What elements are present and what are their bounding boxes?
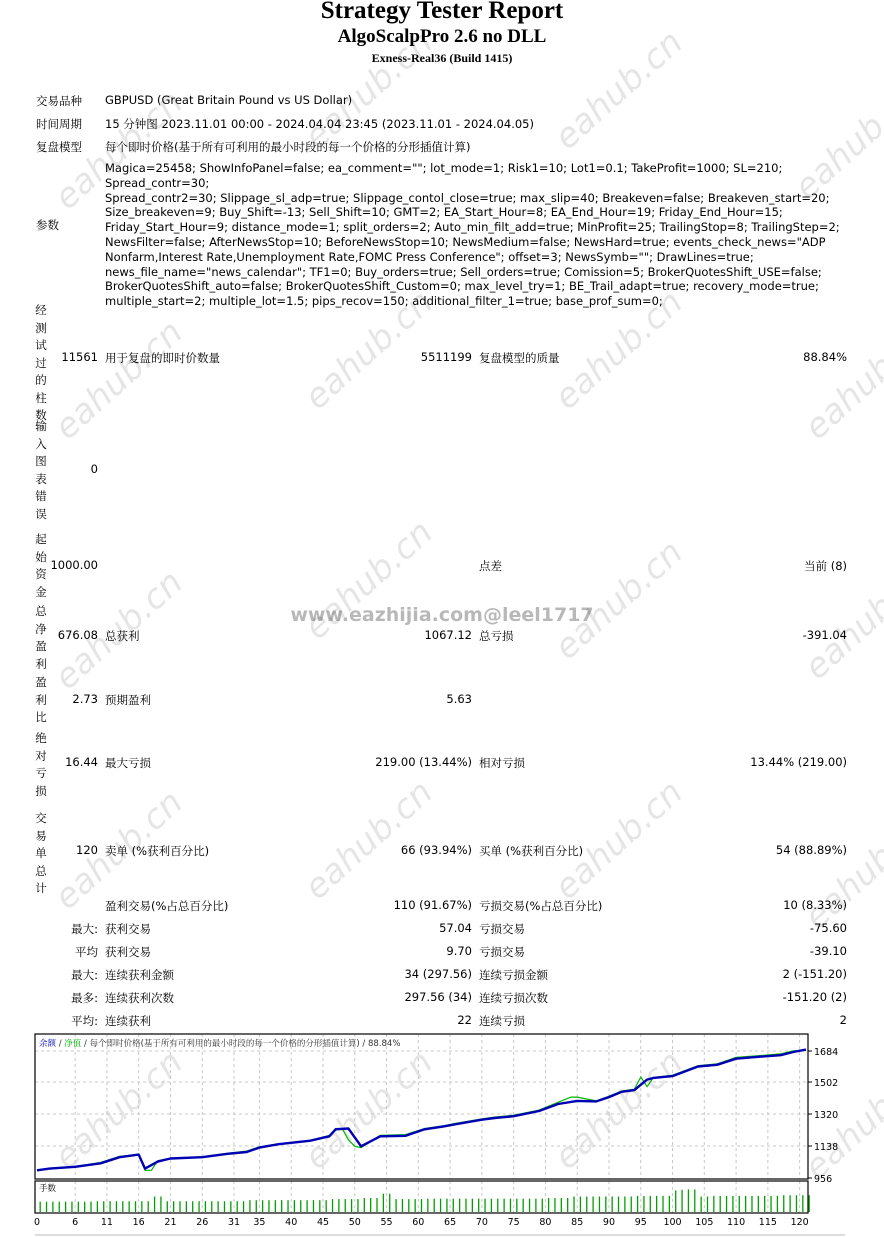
- spread-label: 点差: [479, 558, 502, 574]
- svg-text:16: 16: [133, 1217, 145, 1228]
- trade-row-label-2: 连续亏损次数: [479, 990, 548, 1006]
- svg-text:90: 90: [603, 1217, 615, 1228]
- svg-text:31: 31: [228, 1217, 240, 1228]
- trade-row-value-2: -151.20 (2): [700, 990, 847, 1004]
- svg-text:1502: 1502: [814, 1078, 838, 1089]
- svg-text:45: 45: [317, 1217, 329, 1228]
- svg-text:105: 105: [695, 1217, 713, 1228]
- svg-text:120: 120: [791, 1217, 809, 1228]
- quality-value: 88.84%: [700, 350, 847, 364]
- watermark: eahub.cn: [547, 532, 691, 667]
- max-drawdown-label: 最大亏损: [105, 755, 151, 771]
- trade-row-label-2: 亏损交易: [479, 921, 525, 937]
- report-title: Strategy Tester Report: [0, 0, 884, 25]
- svg-text:40: 40: [285, 1217, 297, 1228]
- gross-loss-label: 总亏损: [479, 628, 514, 644]
- watermark-banner: www.eazhijia.com@leel1717: [0, 604, 884, 626]
- svg-text:1138: 1138: [814, 1142, 838, 1153]
- svg-text:85: 85: [571, 1217, 583, 1228]
- watermark: eahub.cn: [797, 312, 884, 447]
- ticks-label: 用于复盘的即时价数量: [105, 350, 220, 366]
- svg-text:6: 6: [72, 1217, 78, 1228]
- trade-row-label-1: 获利交易: [105, 921, 151, 937]
- trade-row-value-1: 34 (297.56): [330, 967, 472, 981]
- profit-factor-value: 2.73: [40, 692, 98, 706]
- trade-row-value-2: -75.60: [700, 921, 847, 935]
- svg-text:1684: 1684: [814, 1047, 838, 1058]
- model-value: 每个即时价格(基于所有可利用的最小时段的每一个价格的分形插值计算): [105, 139, 470, 155]
- quality-label: 复盘模型的质量: [479, 350, 560, 366]
- trade-row-label-1: 盈利交易(%占总百分比): [105, 898, 228, 914]
- svg-text:65: 65: [444, 1217, 456, 1228]
- svg-text:110: 110: [727, 1217, 745, 1228]
- svg-text:115: 115: [759, 1217, 777, 1228]
- long-trades-label: 买单 (%获利百分比): [479, 843, 583, 859]
- svg-text:95: 95: [635, 1217, 647, 1228]
- model-label: 复盘模型: [36, 139, 82, 155]
- expected-payoff-value: 5.63: [380, 692, 472, 706]
- period-value: 15 分钟图 2023.11.01 00:00 - 2024.04.04 23:…: [105, 116, 534, 132]
- trade-row-label-1: 连续获利金额: [105, 967, 174, 983]
- trade-row-label-2: 亏损交易: [479, 944, 525, 960]
- parameters-label: 参数: [36, 217, 59, 233]
- equity-chart: 余额 / 净值 / 每个即时价格(基于所有可利用的最小时段的每一个价格的分形插值…: [0, 1028, 884, 1237]
- trade-row-label-2: 连续亏损: [479, 1013, 525, 1029]
- trade-row-value-2: 2 (-151.20): [700, 967, 847, 981]
- svg-text:100: 100: [663, 1217, 681, 1228]
- svg-text:35: 35: [253, 1217, 265, 1228]
- total-trades-value: 120: [40, 843, 98, 857]
- max-drawdown-value: 219.00 (13.44%): [330, 755, 472, 769]
- svg-text:80: 80: [539, 1217, 551, 1228]
- trade-row-value-1: 110 (91.67%): [330, 898, 472, 912]
- expected-payoff-label: 预期盈利: [105, 692, 151, 708]
- rel-drawdown-value: 13.44% (219.00): [700, 755, 847, 769]
- watermark: eahub.cn: [297, 772, 441, 907]
- trade-row-value-2: -39.10: [700, 944, 847, 958]
- ea-name: AlgoScalpPro 2.6 no DLL: [0, 26, 884, 48]
- trade-row-value-1: 297.56 (34): [330, 990, 472, 1004]
- svg-text:1320: 1320: [814, 1110, 838, 1121]
- trade-row-value-2: 2: [700, 1013, 847, 1027]
- trade-row-value-2: 10 (8.33%): [700, 898, 847, 912]
- short-trades-value: 66 (93.94%): [330, 843, 472, 857]
- svg-text:55: 55: [380, 1217, 392, 1228]
- svg-text:50: 50: [349, 1217, 361, 1228]
- svg-text:手数: 手数: [39, 1183, 57, 1194]
- rel-drawdown-label: 相对亏损: [479, 755, 525, 771]
- svg-text:60: 60: [412, 1217, 424, 1228]
- trade-row-label-2: 连续亏损金额: [479, 967, 548, 983]
- watermark: eahub.cn: [47, 312, 191, 447]
- trade-row-label-1: 连续获利: [105, 1013, 151, 1029]
- long-trades-value: 54 (88.89%): [700, 843, 847, 857]
- svg-text:21: 21: [164, 1217, 176, 1228]
- ticks-value: 5511199: [380, 350, 472, 364]
- svg-text:11: 11: [101, 1217, 113, 1228]
- svg-text:余额 / 净值 / 每个即时价格(基于所有可利用的最小时段的: 余额 / 净值 / 每个即时价格(基于所有可利用的最小时段的每一个价格的分形插值…: [39, 1038, 400, 1049]
- initial-deposit-value: 1000.00: [40, 558, 98, 572]
- trade-row-prefix: 最大:: [40, 967, 98, 983]
- server-build: Exness-Real36 (Build 1415): [0, 51, 884, 66]
- symbol-value: GBPUSD (Great Britain Pound vs US Dollar…: [105, 93, 352, 107]
- trade-row-label-1: 连续获利次数: [105, 990, 174, 1006]
- svg-text:70: 70: [476, 1217, 488, 1228]
- watermark: eahub.cn: [547, 772, 691, 907]
- svg-text:26: 26: [196, 1217, 208, 1228]
- bars-tested-value: 11561: [40, 350, 98, 364]
- chart-errors-value: 0: [40, 462, 98, 476]
- trade-row-value-1: 22: [330, 1013, 472, 1027]
- parameters-value: Magica=25458; ShowInfoPanel=false; ea_co…: [105, 161, 865, 309]
- gross-loss-value: -391.04: [700, 628, 847, 642]
- svg-text:75: 75: [508, 1217, 520, 1228]
- trade-row-label-1: 获利交易: [105, 944, 151, 960]
- svg-text:0: 0: [34, 1217, 40, 1228]
- net-profit-value: 676.08: [40, 628, 98, 642]
- gross-profit-label: 总获利: [105, 628, 140, 644]
- trade-row-prefix: 最大:: [40, 921, 98, 937]
- watermark: eahub.cn: [797, 802, 884, 937]
- short-trades-label: 卖单 (%获利百分比): [105, 843, 209, 859]
- trade-row-value-1: 9.70: [330, 944, 472, 958]
- abs-drawdown-value: 16.44: [40, 755, 98, 769]
- trade-row-prefix: 最多:: [40, 990, 98, 1006]
- trade-row-prefix: 平均: [40, 944, 98, 960]
- svg-text:956: 956: [814, 1174, 832, 1185]
- spread-value: 当前 (8): [700, 558, 847, 574]
- trade-row-prefix: 平均:: [40, 1013, 98, 1029]
- gross-profit-value: 1067.12: [380, 628, 472, 642]
- trade-row-label-2: 亏损交易(%占总百分比): [479, 898, 602, 914]
- period-label: 时间周期: [36, 116, 82, 132]
- symbol-label: 交易品种: [36, 93, 82, 109]
- trade-row-value-1: 57.04: [330, 921, 472, 935]
